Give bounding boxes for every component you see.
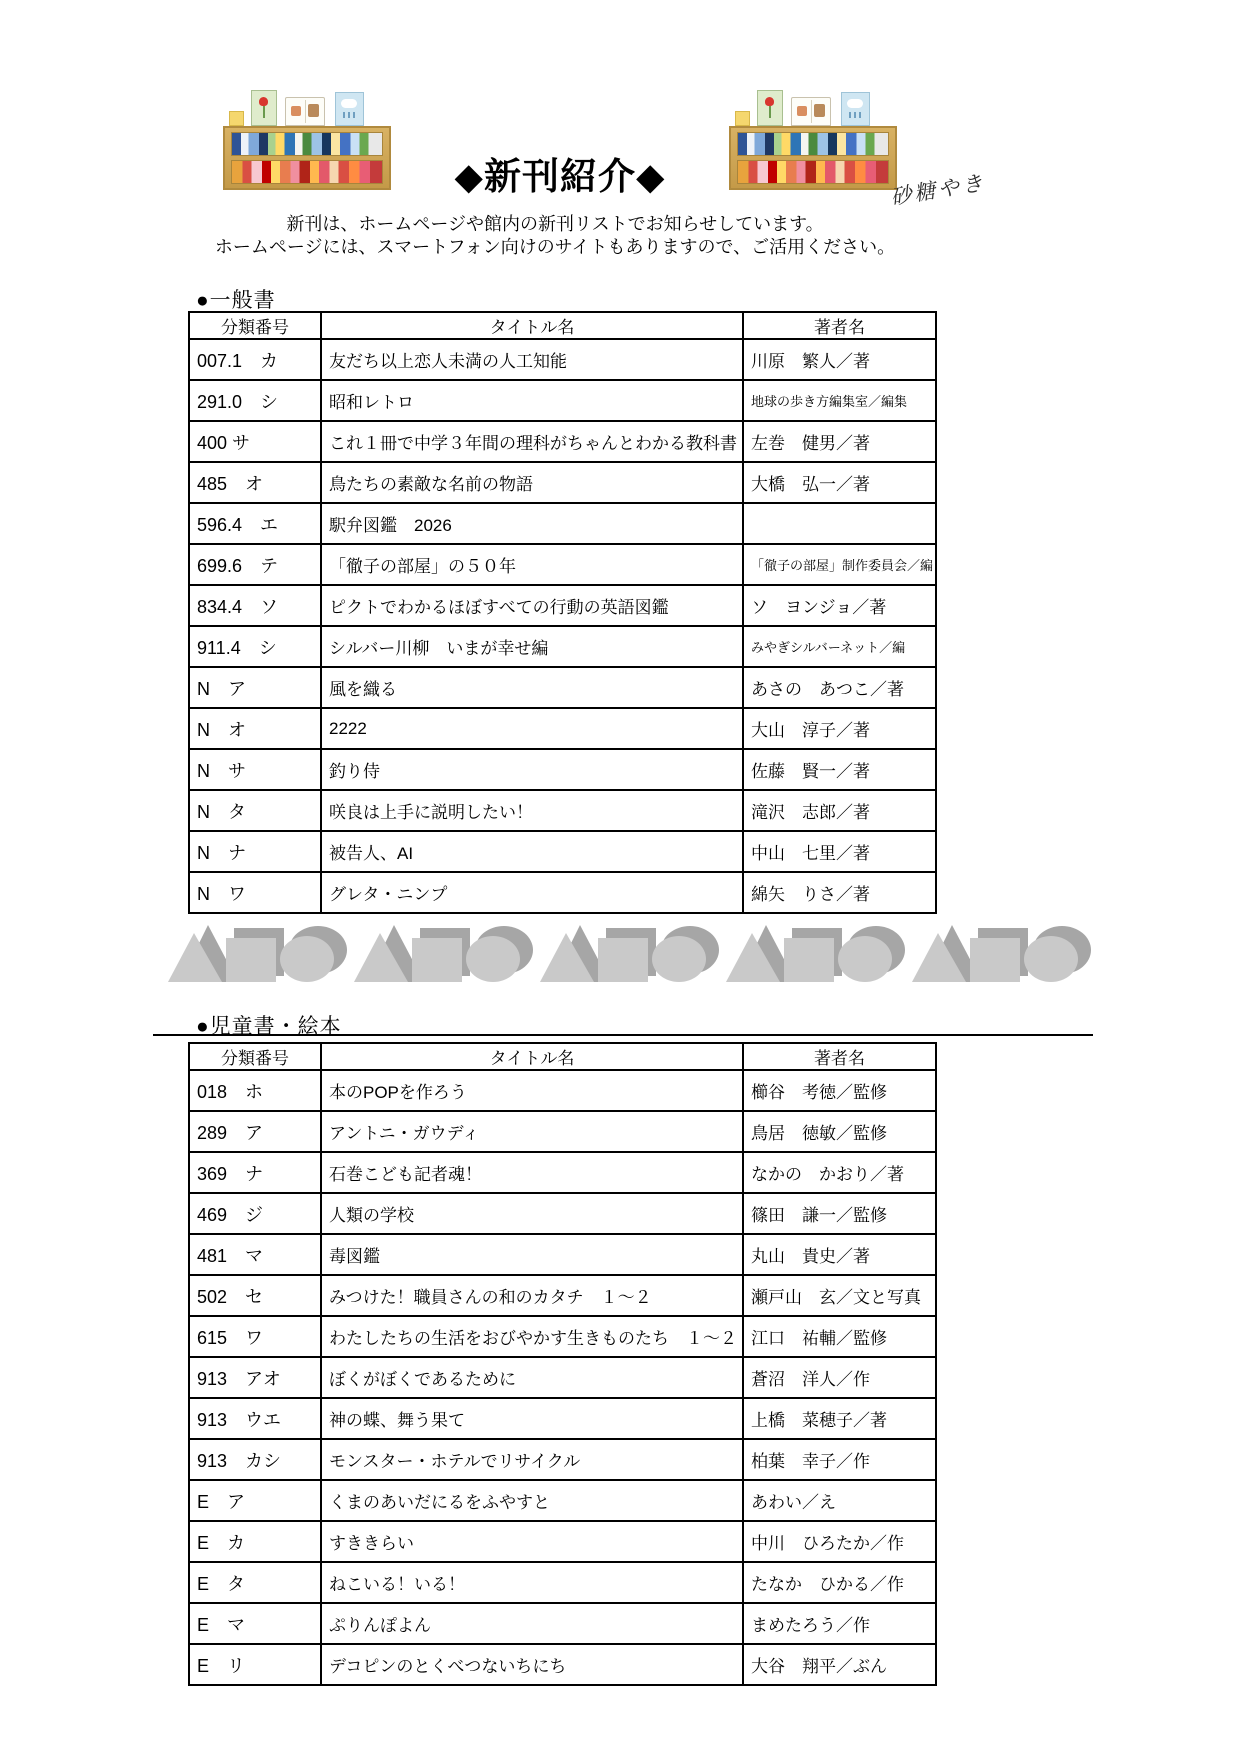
column-header-title: タイトル名 xyxy=(321,312,743,339)
children-books-table: 分類番号タイトル名著者名018 ホ本のPOPを作ろう櫛谷 考徳／監修289 アア… xyxy=(188,1042,937,1686)
column-header-title: タイトル名 xyxy=(321,1043,743,1070)
class-number-cell: E マ xyxy=(189,1603,321,1644)
author-cell: 綿矢 りさ／著 xyxy=(743,872,936,913)
cloud-icon xyxy=(847,99,863,108)
class-number-cell: N オ xyxy=(189,708,321,749)
author-cell: あさの あつこ／著 xyxy=(743,667,936,708)
title-cell: 駅弁図鑑 2026 xyxy=(321,503,743,544)
author-cell: 佐藤 賢一／著 xyxy=(743,749,936,790)
table-row: 291.0 シ昭和レトロ地球の歩き方編集室／編集 xyxy=(189,380,936,421)
author-cell: 鳥居 徳敏／監修 xyxy=(743,1111,936,1152)
picture-book-tulip xyxy=(757,90,783,126)
title-cell: 神の蝶、舞う果て xyxy=(321,1398,743,1439)
bookshelf-top-books xyxy=(223,90,391,126)
class-number-cell: E リ xyxy=(189,1644,321,1685)
title-cell: 友だち以上恋人未満の人工知能 xyxy=(321,339,743,380)
title-cell: モンスター・ホテルでリサイクル xyxy=(321,1439,743,1480)
class-number-cell: 913 ウエ xyxy=(189,1398,321,1439)
class-number-cell: N タ xyxy=(189,790,321,831)
table-row: N ナ被告人、AI中山 七里／著 xyxy=(189,831,936,872)
author-cell xyxy=(743,503,936,544)
table-row: E タねこいる！いる！たなか ひかる／作 xyxy=(189,1562,936,1603)
table-row: 596.4 エ駅弁図鑑 2026 xyxy=(189,503,936,544)
author-cell: 大山 淳子／著 xyxy=(743,708,936,749)
class-number-cell: 502 セ xyxy=(189,1275,321,1316)
table-row: 615 ワわたしたちの生活をおびやかす生きものたち １～２江口 祐輔／監修 xyxy=(189,1316,936,1357)
class-number-cell: N ア xyxy=(189,667,321,708)
title-cell: 2222 xyxy=(321,708,743,749)
open-book-spine xyxy=(305,100,306,123)
author-cell: 中山 七里／著 xyxy=(743,831,936,872)
picture-book-open xyxy=(285,97,325,126)
table-row: 913 カシモンスター・ホテルでリサイクル柏葉 幸子／作 xyxy=(189,1439,936,1480)
table-row: 913 ウエ神の蝶、舞う果て上橋 菜穂子／著 xyxy=(189,1398,936,1439)
column-header-author: 著者名 xyxy=(743,312,936,339)
rain-icon xyxy=(343,112,356,118)
class-number-cell: 485 オ xyxy=(189,462,321,503)
class-number-cell: E ア xyxy=(189,1480,321,1521)
table-row: E アくまのあいだにるをふやすとあわい／え xyxy=(189,1480,936,1521)
class-number-cell: 289 ア xyxy=(189,1111,321,1152)
shapes-divider xyxy=(168,925,1098,983)
picture-book-tulip xyxy=(251,90,277,126)
table-row: 018 ホ本のPOPを作ろう櫛谷 考徳／監修 xyxy=(189,1070,936,1111)
tulip-stem xyxy=(769,106,771,118)
author-cell: 中川 ひろたか／作 xyxy=(743,1521,936,1562)
title-cell: 「徹子の部屋」の５０年 xyxy=(321,544,743,585)
tulip-icon xyxy=(765,97,774,106)
class-number-cell: E タ xyxy=(189,1562,321,1603)
table-row: E リデコピンのとくべつないちにち大谷 翔平／ぶん xyxy=(189,1644,936,1685)
section-heading-general-books: ●一般書 xyxy=(196,284,276,314)
table-row: N サ釣り侍佐藤 賢一／著 xyxy=(189,749,936,790)
class-number-cell: 291.0 シ xyxy=(189,380,321,421)
title-cell: 昭和レトロ xyxy=(321,380,743,421)
author-cell: 蒼沼 洋人／作 xyxy=(743,1357,936,1398)
table-row: 911.4 シシルバー川柳 いまが幸せ編みやぎシルバーネット／編 xyxy=(189,626,936,667)
column-header-class-number: 分類番号 xyxy=(189,1043,321,1070)
title-cell: 人類の学校 xyxy=(321,1193,743,1234)
table-row: N ワグレタ・ニンプ綿矢 りさ／著 xyxy=(189,872,936,913)
title-cell: 石巻こども記者魂！ xyxy=(321,1152,743,1193)
title-cell: ぼくがぼくであるために xyxy=(321,1357,743,1398)
picture-book-rain xyxy=(841,92,870,126)
author-cell: たなか ひかる／作 xyxy=(743,1562,936,1603)
table-row: E カすききらい中川 ひろたか／作 xyxy=(189,1521,936,1562)
class-number-cell: 913 カシ xyxy=(189,1439,321,1480)
author-cell: なかの かおり／著 xyxy=(743,1152,936,1193)
class-number-cell: N ワ xyxy=(189,872,321,913)
class-number-cell: 007.1 カ xyxy=(189,339,321,380)
class-number-cell: N ナ xyxy=(189,831,321,872)
open-book-art xyxy=(797,106,807,116)
intro-note-line-2: ホームページには、スマートフォン向けのサイトもありますので、ご活用ください。 xyxy=(0,236,1110,259)
table-row: 699.6 テ「徹子の部屋」の５０年「徹子の部屋」制作委員会／編 xyxy=(189,544,936,585)
class-number-cell: 699.6 テ xyxy=(189,544,321,585)
author-cell: 柏葉 幸子／作 xyxy=(743,1439,936,1480)
class-number-cell: 913 アオ xyxy=(189,1357,321,1398)
class-number-cell: 018 ホ xyxy=(189,1070,321,1111)
class-number-cell: 615 ワ xyxy=(189,1316,321,1357)
open-book-art xyxy=(308,104,319,117)
table-row: 913 アオぼくがぼくであるために蒼沼 洋人／作 xyxy=(189,1357,936,1398)
table-row: 400 サこれ１冊で中学３年間の理科がちゃんとわかる教科書左巻 健男／著 xyxy=(189,421,936,462)
intro-note-line-1: 新刊は、ホームページや館内の新刊リストでお知らせしています。 xyxy=(0,213,1110,236)
table-header-row: 分類番号タイトル名著者名 xyxy=(189,1043,936,1070)
rain-icon xyxy=(849,112,862,118)
author-cell: みやぎシルバーネット／編 xyxy=(743,626,936,667)
intro-notes: 新刊は、ホームページや館内の新刊リストでお知らせしています。 ホームページには、… xyxy=(0,213,1110,259)
title-cell: わたしたちの生活をおびやかす生きものたち １～２ xyxy=(321,1316,743,1357)
picture-book-rain xyxy=(335,92,364,126)
table-row: 834.4 ソピクトでわかるほぼすべての行動の英語図鑑ソ ヨンジョ／著 xyxy=(189,585,936,626)
title-cell: シルバー川柳 いまが幸せ編 xyxy=(321,626,743,667)
author-cell: 篠田 謙一／監修 xyxy=(743,1193,936,1234)
open-book-spine xyxy=(811,100,812,123)
table-row: 289 アアントニ・ガウディ鳥居 徳敏／監修 xyxy=(189,1111,936,1152)
author-cell: 滝沢 志郎／著 xyxy=(743,790,936,831)
title-cell: 被告人、AI xyxy=(321,831,743,872)
author-cell: 大谷 翔平／ぶん xyxy=(743,1644,936,1685)
title-cell: 釣り侍 xyxy=(321,749,743,790)
column-header-class-number: 分類番号 xyxy=(189,312,321,339)
title-cell: ねこいる！いる！ xyxy=(321,1562,743,1603)
section-heading-underline xyxy=(153,1034,1093,1036)
bookshelf-top-books xyxy=(729,90,897,126)
open-book-art xyxy=(291,106,301,116)
title-cell: すききらい xyxy=(321,1521,743,1562)
class-number-cell: 596.4 エ xyxy=(189,503,321,544)
open-book-art xyxy=(814,104,825,117)
author-cell: 江口 祐輔／監修 xyxy=(743,1316,936,1357)
table-row: E マぷりんぽよんまめたろう／作 xyxy=(189,1603,936,1644)
title-cell: みつけた！職員さんの和のカタチ １～２ xyxy=(321,1275,743,1316)
author-cell: 櫛谷 考徳／監修 xyxy=(743,1070,936,1111)
block-decoration xyxy=(229,111,244,126)
class-number-cell: 481 マ xyxy=(189,1234,321,1275)
author-cell: 左巻 健男／著 xyxy=(743,421,936,462)
table-row: 485 オ鳥たちの素敵な名前の物語大橋 弘一／著 xyxy=(189,462,936,503)
block-decoration xyxy=(735,111,750,126)
table-header-row: 分類番号タイトル名著者名 xyxy=(189,312,936,339)
title-cell: 鳥たちの素敵な名前の物語 xyxy=(321,462,743,503)
title-cell: くまのあいだにるをふやすと xyxy=(321,1480,743,1521)
author-cell: あわい／え xyxy=(743,1480,936,1521)
tulip-stem xyxy=(263,106,265,118)
class-number-cell: 469 ジ xyxy=(189,1193,321,1234)
class-number-cell: 369 ナ xyxy=(189,1152,321,1193)
author-cell: ソ ヨンジョ／著 xyxy=(743,585,936,626)
column-header-author: 著者名 xyxy=(743,1043,936,1070)
author-cell: まめたろう／作 xyxy=(743,1603,936,1644)
class-number-cell: 400 サ xyxy=(189,421,321,462)
title-cell: ピクトでわかるほぼすべての行動の英語図鑑 xyxy=(321,585,743,626)
table-row: 481 マ毒図鑑丸山 貴史／著 xyxy=(189,1234,936,1275)
class-number-cell: E カ xyxy=(189,1521,321,1562)
table-row: 007.1 カ友だち以上恋人未満の人工知能川原 繁人／著 xyxy=(189,339,936,380)
class-number-cell: 834.4 ソ xyxy=(189,585,321,626)
tulip-icon xyxy=(259,97,268,106)
class-number-cell: N サ xyxy=(189,749,321,790)
title-cell: 本のPOPを作ろう xyxy=(321,1070,743,1111)
author-cell: 上橋 菜穂子／著 xyxy=(743,1398,936,1439)
author-cell: 「徹子の部屋」制作委員会／編 xyxy=(743,544,936,585)
title-cell: 咲良は上手に説明したい！ xyxy=(321,790,743,831)
table-row: N オ2222大山 淳子／著 xyxy=(189,708,936,749)
table-row: 502 セみつけた！職員さんの和のカタチ １～２瀬戸山 玄／文と写真 xyxy=(189,1275,936,1316)
title-cell: アントニ・ガウディ xyxy=(321,1111,743,1152)
title-cell: ぷりんぽよん xyxy=(321,1603,743,1644)
author-cell: 瀬戸山 玄／文と写真 xyxy=(743,1275,936,1316)
author-cell: 地球の歩き方編集室／編集 xyxy=(743,380,936,421)
picture-book-open xyxy=(791,97,831,126)
author-cell: 丸山 貴史／著 xyxy=(743,1234,936,1275)
title-cell: 風を織る xyxy=(321,667,743,708)
table-row: N ア風を織るあさの あつこ／著 xyxy=(189,667,936,708)
author-cell: 大橋 弘一／著 xyxy=(743,462,936,503)
table-row: N タ咲良は上手に説明したい！滝沢 志郎／著 xyxy=(189,790,936,831)
cloud-icon xyxy=(341,99,357,108)
title-cell: これ１冊で中学３年間の理科がちゃんとわかる教科書 xyxy=(321,421,743,462)
class-number-cell: 911.4 シ xyxy=(189,626,321,667)
table-row: 469 ジ人類の学校篠田 謙一／監修 xyxy=(189,1193,936,1234)
title-cell: グレタ・ニンプ xyxy=(321,872,743,913)
table-row: 369 ナ石巻こども記者魂！なかの かおり／著 xyxy=(189,1152,936,1193)
title-cell: デコピンのとくべつないちにち xyxy=(321,1644,743,1685)
title-cell: 毒図鑑 xyxy=(321,1234,743,1275)
general-books-table: 分類番号タイトル名著者名007.1 カ友だち以上恋人未満の人工知能川原 繁人／著… xyxy=(188,311,937,914)
author-cell: 川原 繁人／著 xyxy=(743,339,936,380)
